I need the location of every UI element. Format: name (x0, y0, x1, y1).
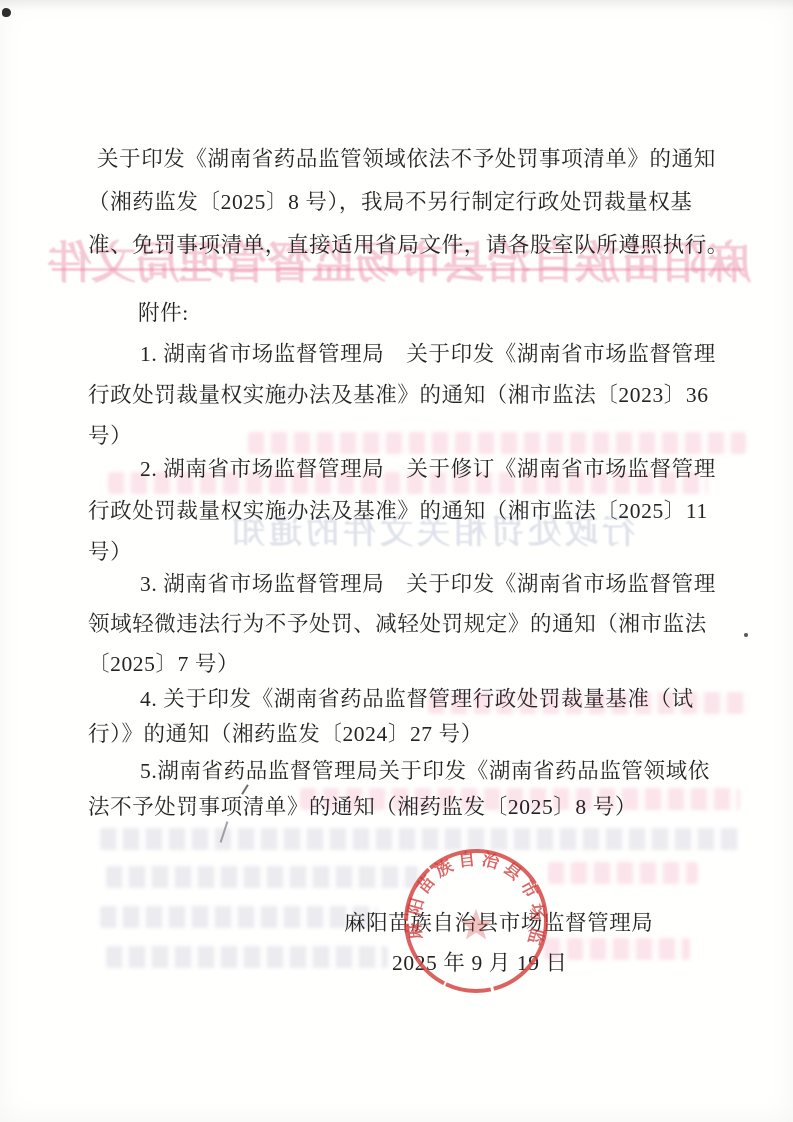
official-seal-graphic: 麻阳苗族自治县市场监督管理局 (400, 845, 552, 997)
attachment-line: 4. 关于印发《湖南省药品监督管理行政处罚裁量基准（试 (140, 682, 694, 713)
attachment-line: 领域轻微违法行为不予处罚、减轻处罚规定》的通知（湘市监法 (88, 607, 707, 638)
attachment-line: 号） (88, 535, 132, 566)
bleedthrough-strip (548, 862, 698, 884)
attachment-line: 行）》的通知（湘药监发〔2024〕27 号） (88, 717, 483, 748)
attachment-line: 行政处罚裁量权实施办法及基准》的通知（湘市监法〔2023〕36 (88, 378, 709, 409)
attachment-line: 〔2025〕7 号） (88, 647, 239, 678)
attachments-label: 附件: (138, 296, 189, 327)
intro-line: 准、免罚事项清单，直接适用省局文件，请各股室队所遵照执行。 (88, 228, 729, 259)
intro-line: （湘药监发〔2025〕8 号），我局不另行制定行政处罚裁量权基 (88, 185, 692, 216)
bleedthrough-strip (100, 906, 378, 928)
scan-speck (744, 633, 748, 637)
attachment-line: 2. 湖南省市场监督管理局 关于修订《湖南省市场监督管理 (140, 452, 716, 483)
attachment-line: 法不予处罚事项清单》的通知（湘药监发〔2025〕8 号） (88, 790, 637, 821)
bleedthrough-strip (248, 432, 746, 454)
attachment-line: 号） (88, 419, 132, 450)
scanned-document-page: 麻阳苗族自治县市场监督管理局文件 行政处罚相关文件的通知 关于印发《湖南省药品监… (0, 0, 793, 1122)
bleedthrough-red-rule (52, 268, 744, 271)
attachment-line: 5.湖南省药品监督管理局关于印发《湖南省药品监管领域依 (140, 754, 710, 785)
seal-arc-text: 麻阳苗族自治县市场监督管理局 (400, 845, 548, 952)
attachment-line: 行政处罚裁量权实施办法及基准》的通知（湘市监法〔2025〕11 (88, 494, 708, 525)
scan-smudge (264, 386, 298, 401)
attachment-line: 1. 湖南省市场监督管理局 关于印发《湖南省市场监督管理 (140, 337, 716, 368)
seal-arc-text-holder: 麻阳苗族自治县市场监督管理局 (400, 845, 548, 952)
scan-speck (2, 8, 11, 17)
bleedthrough-strip (106, 866, 418, 888)
official-seal: 麻阳苗族自治县市场监督管理局 (400, 845, 552, 997)
bleedthrough-strip (106, 946, 388, 968)
intro-line: 关于印发《湖南省药品监管领域依法不予处罚事项清单》的通知 (97, 142, 716, 173)
attachment-line: 3. 湖南省市场监督管理局 关于印发《湖南省市场监督管理 (140, 567, 716, 598)
seal-star (460, 909, 493, 940)
